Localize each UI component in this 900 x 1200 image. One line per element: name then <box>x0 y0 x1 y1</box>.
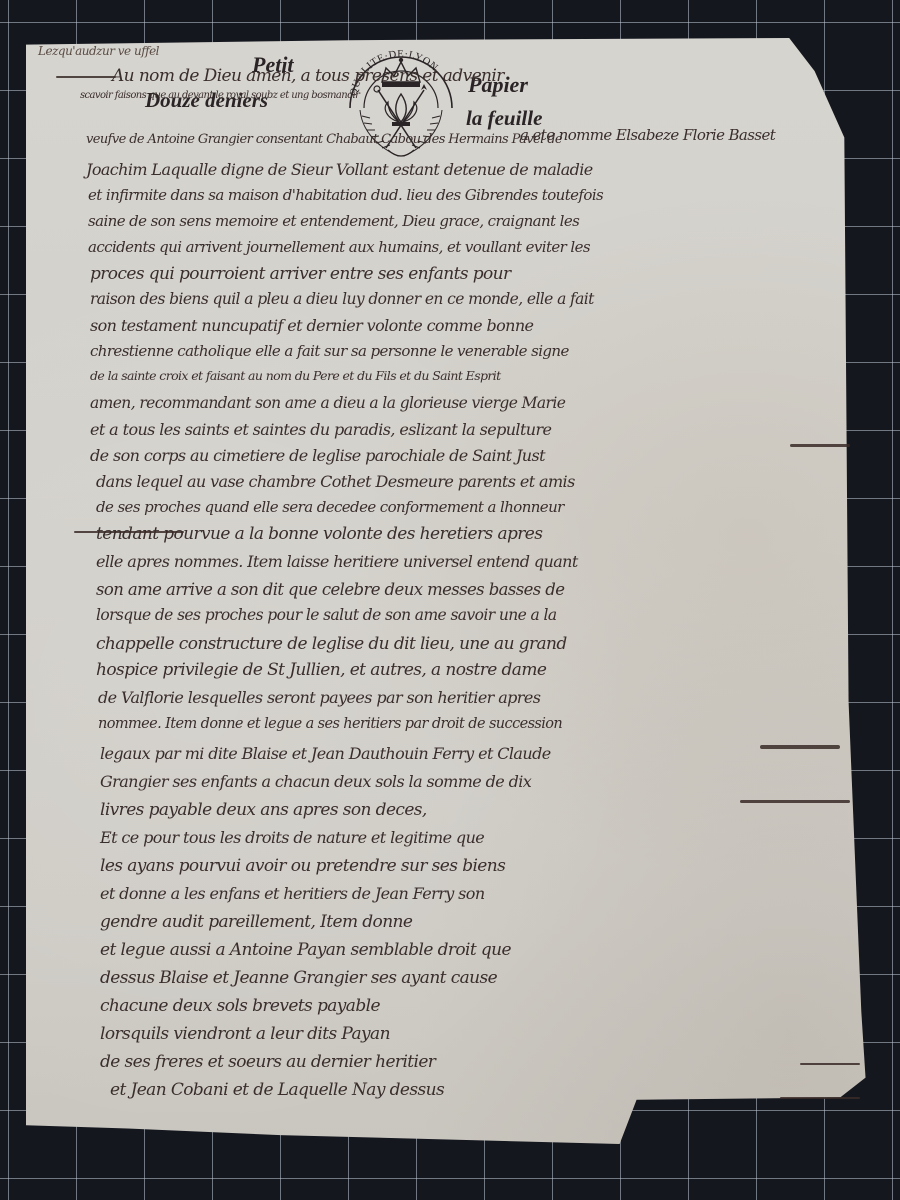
text-line: scavoir faisons que au devant le royal s… <box>80 90 359 101</box>
text-line: et infirmite dans sa maison d'habitation… <box>88 186 603 204</box>
text-line: dans lequel au vase chambre Cothet Desme… <box>96 472 575 491</box>
ink-strikethrough <box>760 745 840 749</box>
text-line: livres payable deux ans apres son deces, <box>100 800 427 820</box>
handwritten-text-body: Au nom de Dieu amen, a tous presens et a… <box>0 0 900 1200</box>
text-line: gendre audit pareillement, Item donne <box>100 912 412 932</box>
text-line: hospice privilegie de St Jullien, et aut… <box>96 660 546 680</box>
text-line: nommee. Item donne et legue a ses heriti… <box>98 716 562 732</box>
text-line: Grangier ses enfants a chacun deux sols … <box>100 772 531 791</box>
text-line: lorsquils viendront a leur dits Payan <box>100 1024 390 1044</box>
text-line: de son corps au cimetiere de leglise par… <box>90 446 545 465</box>
text-line: chappelle constructure de leglise du dit… <box>96 634 567 654</box>
ink-flourish <box>790 444 850 447</box>
text-line: raison des biens quil a pleu a dieu luy … <box>90 290 594 308</box>
text-line: chacune deux sols brevets payable <box>100 996 380 1016</box>
text-line: de ses freres et soeurs au dernier herit… <box>100 1052 435 1072</box>
text-line: legaux par mi dite Blaise et Jean Dautho… <box>100 744 551 763</box>
text-line: veufve de Antoine Grangier consentant Ch… <box>86 132 562 147</box>
ink-flourish <box>800 1063 860 1065</box>
text-line: de ses proches quand elle sera decedee c… <box>96 498 564 516</box>
text-line: lorsque de ses proches pour le salut de … <box>96 606 556 624</box>
text-line: proces qui pourroient arriver entre ses … <box>90 264 511 284</box>
text-line: elle apres nommes. Item laisse heritiere… <box>96 552 578 571</box>
text-line: et a tous les saints et saintes du parad… <box>90 420 551 439</box>
ink-strikethrough <box>74 531 184 533</box>
text-line: de Valflorie lesquelles seront payees pa… <box>98 688 540 707</box>
text-line: et donne a les enfans et heritiers de Je… <box>100 884 485 903</box>
ink-strikethrough <box>740 800 850 803</box>
text-line: et legue aussi a Antoine Payan semblable… <box>100 940 511 960</box>
text-line: dessus Blaise et Jeanne Grangier ses aya… <box>100 968 497 988</box>
text-line: son testament nuncupatif et dernier volo… <box>90 316 533 335</box>
text-line: Joachim Laqualle digne de Sieur Vollant … <box>86 160 593 179</box>
text-line: chrestienne catholique elle a fait sur s… <box>90 342 569 360</box>
text-line: et Jean Cobani et de Laquelle Nay dessus <box>110 1080 444 1100</box>
ink-flourish <box>56 76 116 78</box>
text-line: Au nom de Dieu amen, a tous presens et a… <box>112 66 504 86</box>
text-line: Et ce pour tous les droits de nature et … <box>100 828 484 847</box>
text-line: son ame arrive a son dit que celebre deu… <box>96 580 564 599</box>
text-line: tendant pourvue a la bonne volonte des h… <box>96 524 542 544</box>
text-line: de la sainte croix et faisant au nom du … <box>90 368 501 383</box>
text-line: accidents qui arrivent journellement aux… <box>88 238 590 256</box>
ink-flourish <box>780 1097 860 1099</box>
text-line: amen, recommandant son ame a dieu a la g… <box>90 394 565 412</box>
text-line: saine de son sens memoire et entendement… <box>88 212 579 230</box>
text-line: les ayans pourvui avoir ou pretendre sur… <box>100 856 505 876</box>
